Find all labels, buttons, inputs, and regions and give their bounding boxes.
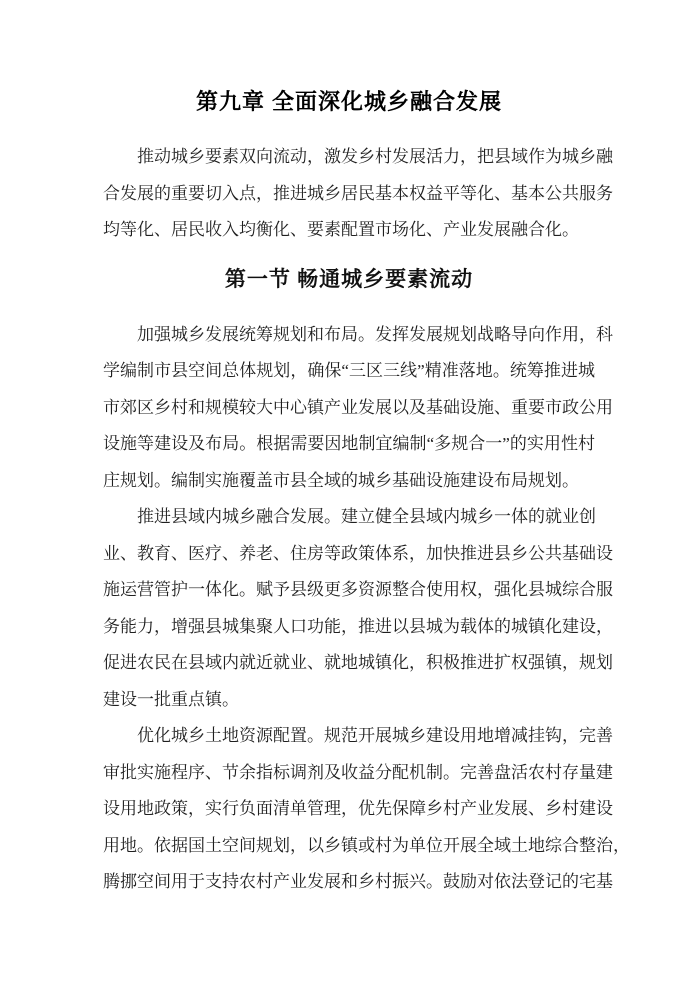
text-line: 优化城乡土地资源配置。规范开展城乡建设用地增减挂钩，完善 (103, 718, 595, 755)
text-line: 务能力，增强县城集聚人口功能，推进以县城为载体的城镇化建设， (103, 609, 595, 646)
text-line: 施运营管护一体化。赋予县级更多资源整合使用权，强化县城综合服 (103, 572, 595, 609)
section-title: 第一节 畅通城乡要素流动 (103, 263, 595, 295)
text-line: 均等化、居民收入均衡化、要素配置市场化、产业发展融合化。 (103, 212, 595, 249)
text-line: 学编制市县空间总体规划，确保“三区三线”精准落地。统筹推进城 (103, 353, 595, 390)
text-line: 合发展的重要切入点，推进城乡居民基本权益平等化、基本公共服务 (103, 176, 595, 213)
text-line: 加强城乡发展统筹规划和布局。发挥发展规划战略导向作用，科 (103, 317, 595, 354)
text-line: 促进农民在县域内就近就业、就地城镇化，积极推进扩权强镇，规划 (103, 645, 595, 682)
text-line: 推动城乡要素双向流动，激发乡村发展活力，把县域作为城乡融 (103, 139, 595, 176)
text-line: 市郊区乡村和规模较大中心镇产业发展以及基础设施、重要市政公用 (103, 390, 595, 427)
text-line: 建设一批重点镇。 (103, 682, 595, 719)
paragraph: 加强城乡发展统筹规划和布局。发挥发展规划战略导向作用，科 学编制市县空间总体规划… (103, 317, 595, 500)
document-page: 第九章 全面深化城乡融合发展 推动城乡要素双向流动，激发乡村发展活力，把县域作为… (0, 0, 700, 990)
text-line: 腾挪空间用于支持农村产业发展和乡村振兴。鼓励对依法登记的宅基 (103, 864, 595, 901)
text-line: 设用地政策，实行负面清单管理，优先保障乡村产业发展、乡村建设 (103, 791, 595, 828)
chapter-title: 第九章 全面深化城乡融合发展 (103, 86, 595, 118)
text-line: 设施等建设及布局。根据需要因地制宜编制“多规合一”的实用性村 (103, 426, 595, 463)
text-line: 推进县域内城乡融合发展。建立健全县域内城乡一体的就业创 (103, 499, 595, 536)
text-line: 审批实施程序、节余指标调剂及收益分配机制。完善盘活农村存量建 (103, 755, 595, 792)
text-line: 用地。依据国土空间规划，以乡镇或村为单位开展全域土地综合整治， (103, 828, 595, 865)
paragraph: 推动城乡要素双向流动，激发乡村发展活力，把县域作为城乡融 合发展的重要切入点，推… (103, 139, 595, 249)
paragraph: 推进县域内城乡融合发展。建立健全县域内城乡一体的就业创 业、教育、医疗、养老、住… (103, 499, 595, 718)
text-line: 庄规划。编制实施覆盖市县全域的城乡基础设施建设布局规划。 (103, 463, 595, 500)
text-line: 业、教育、医疗、养老、住房等政策体系，加快推进县乡公共基础设 (103, 536, 595, 573)
paragraph: 优化城乡土地资源配置。规范开展城乡建设用地增减挂钩，完善 审批实施程序、节余指标… (103, 718, 595, 901)
page-content: 第九章 全面深化城乡融合发展 推动城乡要素双向流动，激发乡村发展活力，把县域作为… (0, 0, 700, 901)
